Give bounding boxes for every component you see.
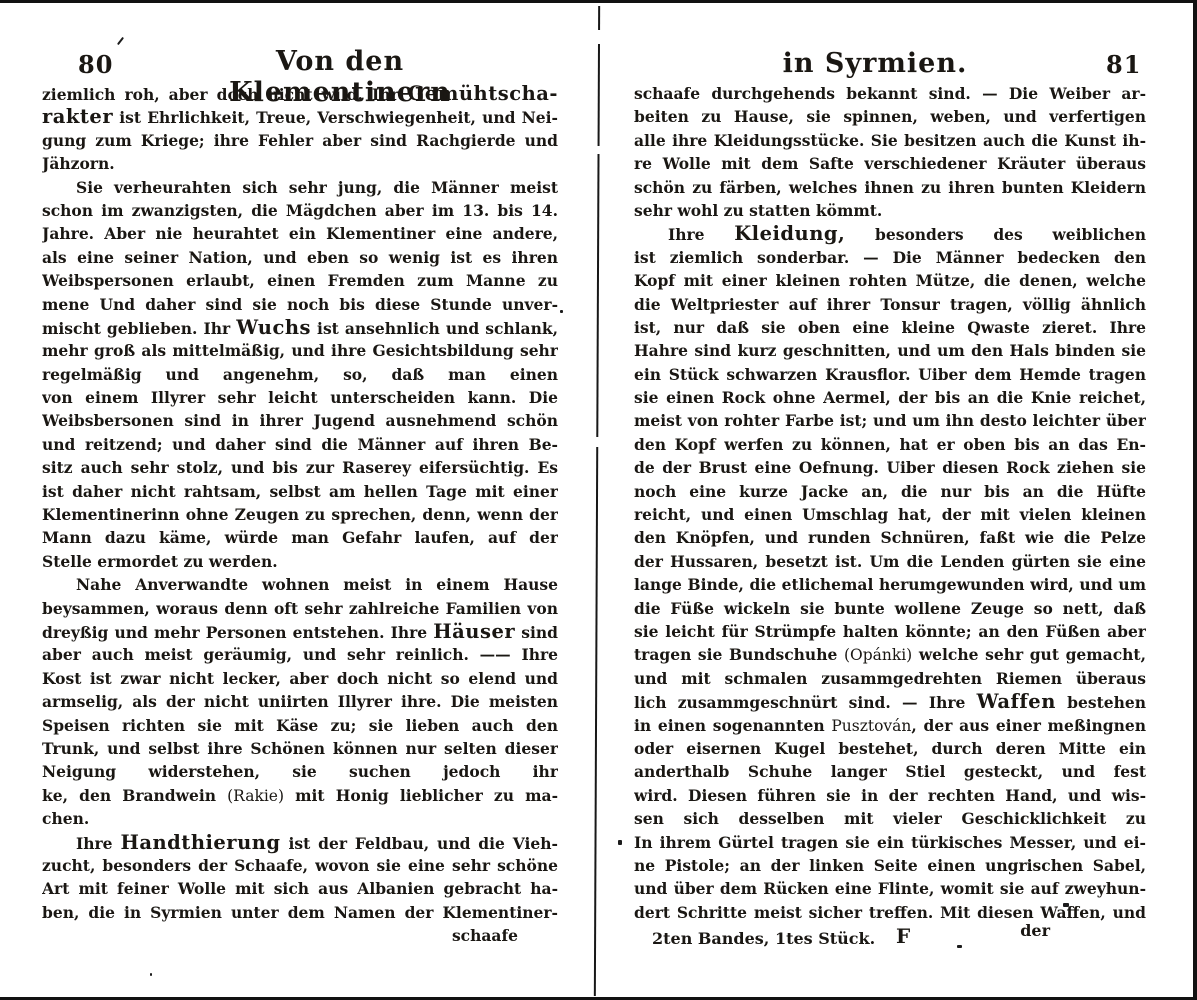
running-title-right: in Syrmien.: [710, 48, 1040, 79]
page-number-left: 80: [78, 50, 113, 79]
text-line: beiten zu Hause, sie spinnen, weben, und…: [634, 105, 1146, 128]
page-number-right: 81: [1106, 50, 1141, 79]
text-line: ke, den Brandwein (Rakie) mit Honig lieb…: [42, 784, 558, 807]
text-line: der Hussaren, besetzt ist. Um die Lenden…: [634, 550, 1146, 573]
ink-speck: [150, 973, 152, 976]
ink-speck: [117, 37, 124, 45]
fold-gap: [591, 146, 603, 154]
text-line: wird. Diesen führen sie in der rechten H…: [634, 784, 1146, 807]
fold-gap: [591, 30, 603, 44]
text-line: regelmäßig und angenehm, so, daß man ein…: [42, 363, 558, 386]
text-line: Klementinerinn ohne Zeugen zu sprechen, …: [42, 503, 558, 526]
text-line: ziemlich roh, aber doch nicht wild. Ihr …: [42, 82, 558, 105]
text-line: Weibsbersonen sind in ihrer Jugend ausne…: [42, 409, 558, 432]
signature-line: 2ten Bandes, 1tes Stück.: [652, 927, 875, 950]
text-line: und reitzend; und daher sind die Männer …: [42, 433, 558, 456]
catchword-left: schaafe: [42, 924, 558, 947]
text-line: sie leicht für Strümpfe halten könnte; a…: [634, 620, 1146, 643]
text-line: oder eisernen Kugel bestehet, durch dere…: [634, 737, 1146, 760]
text-line: schaafe durchgehends bekannt sind. — Die…: [634, 82, 1146, 105]
emphasized-word: Häuser: [433, 620, 515, 643]
emphasized-word: Handthierung: [120, 831, 280, 854]
scan-border-right: [1193, 0, 1197, 1000]
text-line: anderthalb Schuhe langer Stiel gesteckt,…: [634, 760, 1146, 783]
text-line: lange Binde, die etlichemal herumgewunde…: [634, 573, 1146, 596]
antiqua-word: Pusztován: [831, 717, 911, 735]
emphasized-word: rakter: [42, 105, 113, 128]
emphasized-word: Kleidung,: [734, 222, 845, 245]
emphasized-word: Gemühtscha-: [408, 82, 558, 105]
text-line: aber auch meist geräumig, und sehr reinl…: [42, 643, 558, 666]
text-line: die Füße wickeln sie bunte wollene Zeuge…: [634, 597, 1146, 620]
text-line: schön zu färben, welches ihnen zu ihren …: [634, 176, 1146, 199]
text-line: von einem Illyrer sehr leicht unterschei…: [42, 386, 558, 409]
text-line: noch eine kurze Jacke an, die nur bis an…: [634, 480, 1146, 503]
text-line: ist ziemlich sonderbar. — Die Männer bed…: [634, 246, 1146, 269]
ink-speck: [618, 840, 622, 845]
fold-gap: [591, 437, 603, 447]
text-line: mehr groß als mittelmäßig, und ihre Gesi…: [42, 339, 558, 362]
antiqua-word: (Rakie): [227, 787, 284, 805]
page-fold-divider: [594, 6, 600, 996]
text-line: mischt geblieben. Ihr Wuchs ist ansehnli…: [42, 316, 558, 339]
ink-speck: [1063, 903, 1069, 907]
text-line: Neigung widerstehen, sie suchen jedoch i…: [42, 760, 558, 783]
text-line: den Knöpfen, und runden Schnüren, faßt w…: [634, 526, 1146, 549]
text-line: armselig, als der nicht uniirten Illyrer…: [42, 690, 558, 713]
text-line: ist, nur daß sie oben eine kleine Qwaste…: [634, 316, 1146, 339]
left-page-lines: ziemlich roh, aber doch nicht wild. Ihr …: [42, 82, 558, 924]
text-line: Hahre sind kurz geschnitten, und um den …: [634, 339, 1146, 362]
text-line: Trunk, und selbst ihre Schönen können nu…: [42, 737, 558, 760]
text-line: ne Pistole; an der linken Seite einen un…: [634, 854, 1146, 877]
text-line: Stelle ermordet zu werden.: [42, 550, 558, 573]
text-line: Art mit feiner Wolle mit sich aus Albani…: [42, 877, 558, 900]
text-line: Speisen richten sie mit Käse zu; sie lie…: [42, 714, 558, 737]
text-line: alle ihre Kleidungsstücke. Sie besitzen …: [634, 129, 1146, 152]
text-line: Weibspersonen erlaubt, einen Fremden zum…: [42, 269, 558, 292]
text-line: mene Und daher sind sie noch bis diese S…: [42, 293, 558, 316]
left-page-text-column: ziemlich roh, aber doch nicht wild. Ihr …: [42, 82, 558, 947]
text-line: und über dem Rücken eine Flinte, womit s…: [634, 877, 1146, 900]
text-line: ist daher nicht rahtsam, selbst am helle…: [42, 480, 558, 503]
text-line: ein Stück schwarzen Krausflor. Uiber dem…: [634, 363, 1146, 386]
text-line: Mann dazu käme, würde man Gefahr laufen,…: [42, 526, 558, 549]
text-line: re Wolle mit dem Safte verschiedener Krä…: [634, 152, 1146, 175]
text-line: sehr wohl zu statten kömmt.: [634, 199, 1146, 222]
gathering-mark: F: [896, 925, 910, 948]
emphasized-word: Wuchs: [236, 316, 311, 339]
text-line: sie einen Rock ohne Aermel, der bis an d…: [634, 386, 1146, 409]
text-line: die Weltpriester auf ihrer Tonsur tragen…: [634, 293, 1146, 316]
antiqua-word: (Opánki): [844, 646, 912, 664]
book-scan: 80 Von den Klementinern ziemlich roh, ab…: [0, 0, 1197, 1000]
text-line: den Kopf werfen zu können, hat er oben b…: [634, 433, 1146, 456]
text-line: Ihre Handthierung ist der Feldbau, und d…: [42, 831, 558, 854]
text-line: dert Schritte meist sicher treffen. Mit …: [634, 901, 1146, 924]
text-line: als eine seiner Nation, und eben so weni…: [42, 246, 558, 269]
text-line: schon im zwanzigsten, die Mägdchen aber …: [42, 199, 558, 222]
text-line: in einen sogenannten Pusztován, der aus …: [634, 714, 1146, 737]
text-line: beysammen, woraus denn oft sehr zahlreic…: [42, 597, 558, 620]
text-line: Ihre Kleidung, besonders des weiblichen …: [634, 222, 1146, 245]
text-line: Sie verheurahten sich sehr jung, die Män…: [42, 176, 558, 199]
text-line: sen sich desselben mit vieler Geschickli…: [634, 807, 1146, 830]
catchword-right: der: [1020, 919, 1050, 942]
text-line: gung zum Kriege; ihre Fehler aber sind R…: [42, 129, 558, 152]
text-line: chen.: [42, 807, 558, 830]
text-line: Kopf mit einer kleinen rohten Mütze, die…: [634, 269, 1146, 292]
text-line: ben, die in Syrmien unter dem Namen der …: [42, 901, 558, 924]
text-line: dreyßig und mehr Personen entstehen. Ihr…: [42, 620, 558, 643]
ink-speck: [957, 945, 962, 948]
text-line: und mit schmalen zusammgedrehten Riemen …: [634, 667, 1146, 690]
text-line: reicht, und einen Umschlag hat, der mit …: [634, 503, 1146, 526]
text-line: zucht, besonders der Schaafe, wovon sie …: [42, 854, 558, 877]
text-line: lich zusammgeschnürt sind. — Ihre Waffen…: [634, 690, 1146, 713]
right-page-text-column: schaafe durchgehends bekannt sind. — Die…: [634, 82, 1146, 949]
text-line: In ihrem Gürtel tragen sie ein türkische…: [634, 831, 1146, 854]
text-line: rakter ist Ehrlichkeit, Treue, Verschwie…: [42, 105, 558, 128]
text-line: de der Brust eine Oefnung. Uiber diesen …: [634, 456, 1146, 479]
scan-border-top: [0, 0, 1197, 3]
text-line: tragen sie Bundschuhe (Opánki) welche se…: [634, 643, 1146, 666]
emphasized-word: Waffen: [977, 690, 1056, 713]
text-line: Jähzorn.: [42, 152, 558, 175]
text-line: Jahre. Aber nie heurahtet ein Klementine…: [42, 222, 558, 245]
text-line: meist von rohter Farbe ist; und um ihn d…: [634, 409, 1146, 432]
text-line: sitz auch sehr stolz, und bis zur Rasere…: [42, 456, 558, 479]
text-line: Nahe Anverwandte wohnen meist in einem H…: [42, 573, 558, 596]
page-footer: 2ten Bandes, 1tes Stück. F der: [634, 925, 1146, 949]
right-page-lines: schaafe durchgehends bekannt sind. — Die…: [634, 82, 1146, 924]
ink-speck: [560, 310, 563, 313]
text-line: Kost ist zwar nicht lecker, aber doch ni…: [42, 667, 558, 690]
